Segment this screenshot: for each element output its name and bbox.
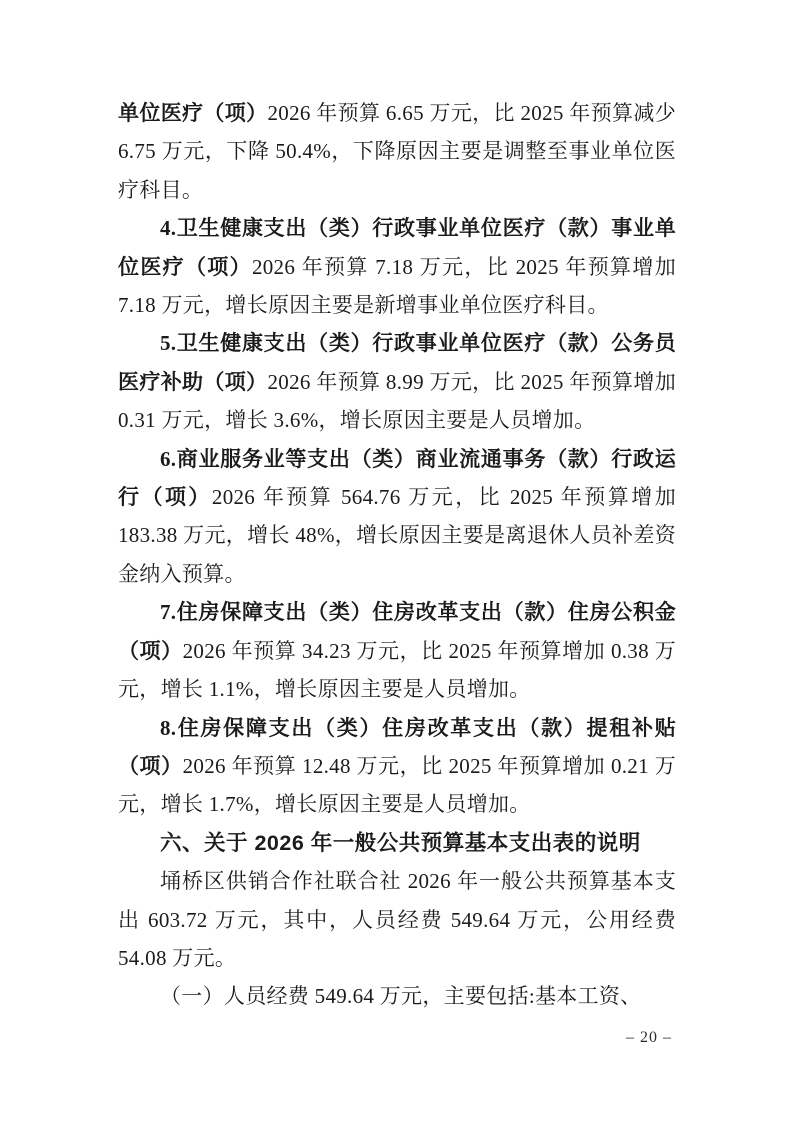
document-body: 单位医疗（项）2026 年预算 6.65 万元，比 2025 年预算减少 6.7… xyxy=(118,94,676,1016)
paragraph: 单位医疗（项）2026 年预算 6.65 万元，比 2025 年预算减少 6.7… xyxy=(118,94,676,209)
paragraph: 4.卫生健康支出（类）行政事业单位医疗（款）事业单位医疗（项）2026 年预算 … xyxy=(118,209,676,324)
paragraph: 5.卫生健康支出（类）行政事业单位医疗（款）公务员医疗补助（项）2026 年预算… xyxy=(118,324,676,439)
bold-text-run: 六、关于 2026 年一般公共预算基本支出表的说明 xyxy=(160,831,641,855)
paragraph: （一）人员经费 549.64 万元，主要包括:基本工资、 xyxy=(118,977,676,1015)
paragraph: 8.住房保障支出（类）住房改革支出（款）提租补贴（项）2026 年预算 12.4… xyxy=(118,709,676,824)
page-number: – 20 – xyxy=(626,1029,672,1047)
document-page: 单位医疗（项）2026 年预算 6.65 万元，比 2025 年预算减少 6.7… xyxy=(0,0,793,1122)
text-run: （一）人员经费 549.64 万元，主要包括:基本工资、 xyxy=(160,984,641,1008)
paragraph: 6.商业服务业等支出（类）商业流通事务（款）行政运行（项）2026 年预算 56… xyxy=(118,440,676,594)
bold-text-run: 单位医疗（项） xyxy=(118,101,267,125)
paragraph: 埇桥区供销合作社联合社 2026 年一般公共预算基本支出 603.72 万元，其… xyxy=(118,862,676,977)
text-run: 埇桥区供销合作社联合社 2026 年一般公共预算基本支出 603.72 万元，其… xyxy=(118,869,676,970)
section-heading: 六、关于 2026 年一般公共预算基本支出表的说明 xyxy=(118,824,676,862)
text-run: 2026 年预算 34.23 万元，比 2025 年预算增加 0.38 万元，增… xyxy=(118,639,676,701)
text-run: 2026 年预算 12.48 万元，比 2025 年预算增加 0.21 万元，增… xyxy=(118,754,676,816)
paragraph: 7.住房保障支出（类）住房改革支出（款）住房公积金（项）2026 年预算 34.… xyxy=(118,593,676,708)
